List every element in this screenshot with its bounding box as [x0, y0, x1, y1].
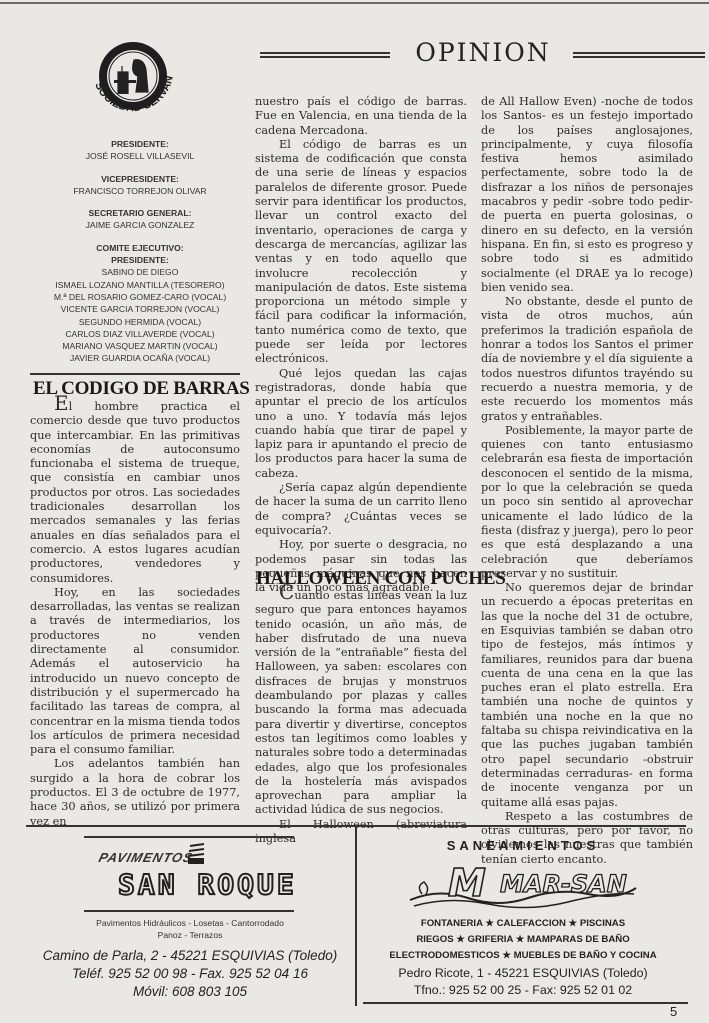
- section-title: OPINION: [403, 38, 563, 67]
- board-name: CARLOS DIAZ VILLAVERDE (VOCAL): [20, 328, 260, 340]
- ad-address: Camino de Parla, 2 - 45221 ESQUIVIAS (To…: [26, 948, 354, 963]
- header-double-rule-left: [260, 52, 390, 58]
- article1-paragraph: Los adelantos también han surgido a la h…: [30, 757, 240, 828]
- article2-column1: Cuando estas líneas vean la luz seguro q…: [255, 587, 467, 846]
- ad-mobile: Móvil: 608 803 105: [26, 984, 354, 999]
- board-label-president: PRESIDENTE:: [20, 138, 260, 150]
- article2-paragraph: No obstante, desde el punto de vista de …: [481, 295, 693, 424]
- article1-paragraph: Qué lejos quedan las cajas registradoras…: [255, 367, 467, 481]
- board-name: SEGUNDO HERMIDA (VOCAL): [20, 316, 260, 328]
- article1-paragraph: Hoy, en las sociedades desarrolladas, la…: [30, 586, 240, 758]
- seal-emblem-icon: SOCIEDAD CERVANTINA: [78, 36, 188, 136]
- board-name: MARIANO VASQUEZ MARTIN (VOCAL): [20, 340, 260, 352]
- board-name: JOSÉ ROSELL VILLASEVIL: [20, 150, 260, 162]
- ad-services: RIEGOS ★ GRIFERIA ★ MAMPARAS DE BAÑO: [358, 934, 688, 945]
- ad-kicker: SANEAMIENTOS: [358, 838, 688, 853]
- ad-services: Pavimentos Hidráulicos - Losetas - Canto…: [26, 918, 354, 928]
- article1-paragraph: El código de barras es un sistema de cod…: [255, 138, 467, 367]
- svg-text:MAR-SAN: MAR-SAN: [500, 870, 627, 898]
- top-border-rule: [0, 2, 709, 4]
- section-divider: [30, 373, 240, 375]
- section-header: OPINION: [255, 38, 709, 72]
- ad-rule: [363, 1002, 688, 1004]
- board-label-committee-president: PRESIDENTE:: [20, 254, 260, 266]
- article2-paragraph: de All Hallow Even) -noche de todos los …: [481, 95, 693, 295]
- brand-mar-san-logo: M MAR-SAN: [408, 858, 638, 910]
- article2-paragraph: Posiblemente, la mayor parte de quienes …: [481, 424, 693, 581]
- board-name: JAVIER GUARDIA OCAÑA (VOCAL): [20, 352, 260, 364]
- board-of-directors: PRESIDENTE: JOSÉ ROSELL VILLASEVIL VICEP…: [20, 138, 260, 365]
- board-name: FRANCISCO TORREJON OLIVAR: [20, 185, 260, 197]
- board-label-vicepresident: VICEPRESIDENTE:: [20, 173, 260, 185]
- ad-phones: Tfno.: 925 52 00 25 - Fax: 925 52 01 02: [358, 983, 688, 997]
- advertisement-san-roque: PAVIMENTOS SAN ROQUE Pavimentos Hidráuli…: [26, 830, 354, 1005]
- article2-paragraph: Cuando estas líneas vean la luz seguro q…: [255, 587, 467, 818]
- page-number: 5: [670, 1004, 677, 1019]
- board-label-secretary: SECRETARIO GENERAL:: [20, 207, 260, 219]
- article1-column1: El hombre practica el comercio desde que…: [30, 398, 240, 829]
- drop-cap: E: [54, 391, 69, 415]
- advertisement-mar-san: SANEAMIENTOS M MAR-SAN FONTANERIA ★ CALE…: [358, 830, 688, 1005]
- ad-rule: [84, 910, 294, 912]
- brand-lines-icon: [186, 842, 208, 866]
- ads-vertical-divider: [355, 826, 357, 1006]
- ad-services: ELECTRODOMESTICOS ★ MUEBLES DE BAÑO Y CO…: [358, 950, 688, 961]
- header-double-rule-right: [573, 52, 705, 58]
- ad-services: FONTANERIA ★ CALEFACCION ★ PISCINAS: [358, 918, 688, 929]
- article2-paragraph: No queremos dejar de brindar un recuerdo…: [481, 581, 693, 810]
- ad-address: Pedro Ricote, 1 - 45221 ESQUIVIAS (Toled…: [358, 966, 688, 980]
- board-label-executive-committee: COMITE EJECUTIVO:: [20, 242, 260, 254]
- board-name: JAIME GARCIA GONZALEZ: [20, 219, 260, 231]
- brand-san-roque: SAN ROQUE: [118, 868, 298, 902]
- sociedad-cervantina-logo: SOCIEDAD CERVANTINA: [78, 36, 188, 136]
- board-name: VICENTE GARCIA TORREJON (VOCAL): [20, 303, 260, 315]
- board-name: M.ª DEL ROSARIO GOMEZ-CARO (VOCAL): [20, 291, 260, 303]
- board-name: SABINO DE DIEGO: [20, 266, 260, 278]
- article1-paragraph: ¿Sería capaz algún dependiente de hacer …: [255, 481, 467, 538]
- svg-text:M: M: [448, 861, 486, 905]
- ad-services: Panoz - Terrazos: [26, 930, 354, 940]
- article1-paragraph: El hombre practica el comercio desde que…: [30, 398, 240, 586]
- drop-cap: C: [279, 580, 294, 604]
- ad-phones: Teléf. 925 52 00 98 - Fax. 925 52 04 16: [26, 966, 354, 981]
- article2-column2: de All Hallow Even) -noche de todos los …: [481, 95, 693, 867]
- article1-column2: nuestro país el código de barras. Fue en…: [255, 95, 467, 595]
- board-name: ISMAEL LOZANO MANTILLA (TESORERO): [20, 279, 260, 291]
- article1-paragraph: nuestro país el código de barras. Fue en…: [255, 95, 467, 138]
- wave-logo-icon: M MAR-SAN: [408, 858, 638, 910]
- ad-rule: [84, 836, 294, 838]
